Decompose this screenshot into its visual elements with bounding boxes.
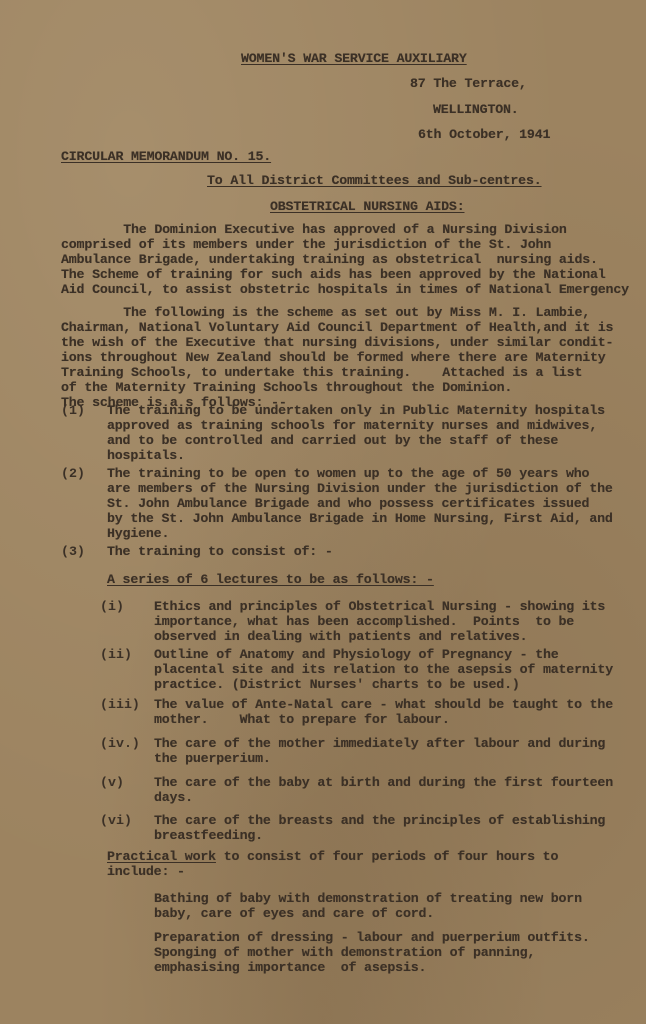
text-line: The training to be undertaken only in Pu… bbox=[107, 404, 605, 417]
text-line: include: - bbox=[107, 865, 185, 878]
text-line: The care of the baby at birth and during… bbox=[154, 776, 613, 789]
text-line: The care of the breasts and the principl… bbox=[154, 814, 605, 827]
text-line: Aid Council, to assist obstetric hospita… bbox=[61, 283, 629, 296]
text-line: Bathing of baby with demonstration of tr… bbox=[154, 892, 582, 905]
lecture-label: (vi) bbox=[100, 814, 132, 827]
text-line: The Scheme of training for such aids has… bbox=[61, 268, 606, 281]
text-line: Outline of Anatomy and Physiology of Pre… bbox=[154, 648, 559, 661]
text-line: ions throughout New Zealand should be fo… bbox=[61, 351, 606, 364]
text-line: Chairman, National Voluntary Aid Council… bbox=[61, 321, 613, 334]
text-line: days. bbox=[154, 791, 193, 804]
organization-title: WOMEN'S WAR SERVICE AUXILIARY bbox=[241, 52, 467, 65]
text-line: placental site and its relation to the a… bbox=[154, 663, 613, 676]
memorandum-page: WOMEN'S WAR SERVICE AUXILIARY 87 The Ter… bbox=[0, 0, 646, 1024]
text-line: The care of the mother immediately after… bbox=[154, 737, 605, 750]
text-line: The value of Ante-Natal care - what shou… bbox=[154, 698, 613, 711]
memo-number: CIRCULAR MEMORANDUM NO. 15. bbox=[61, 150, 271, 163]
text-line: by the St. John Ambulance Brigade in Hom… bbox=[107, 512, 613, 525]
text-line: hospitals. bbox=[107, 449, 185, 462]
text-line: observed in dealing with patients and re… bbox=[154, 630, 527, 643]
address-street: 87 The Terrace, bbox=[410, 77, 527, 90]
memo-subject: OBSTETRICAL NURSING AIDS: bbox=[270, 200, 465, 213]
practical-intro-line: Practical work to consist of four period… bbox=[107, 850, 558, 863]
item-label: (3) bbox=[61, 545, 85, 558]
memo-date: 6th October, 1941 bbox=[418, 128, 550, 141]
text-line: Preparation of dressing - labour and pue… bbox=[154, 931, 590, 944]
text-line: the wish of the Executive that nursing d… bbox=[61, 336, 613, 349]
address-city: WELLINGTON. bbox=[433, 103, 519, 116]
practical-intro-text: to consist of four periods of four hours… bbox=[216, 849, 558, 864]
addressee: To All District Committees and Sub-centr… bbox=[207, 174, 542, 187]
text-line: and to be controlled and carried out by … bbox=[107, 434, 558, 447]
text-line: St. John Ambulance Brigade and who posse… bbox=[107, 497, 589, 510]
text-line: The training to consist of: - bbox=[107, 545, 333, 558]
text-line: Hygiene. bbox=[107, 527, 169, 540]
text-line: baby, care of eyes and care of cord. bbox=[154, 907, 434, 920]
text-line: The training to be open to women up to t… bbox=[107, 467, 589, 480]
text-line: breastfeeding. bbox=[154, 829, 263, 842]
text-line: approved as training schools for materni… bbox=[107, 419, 597, 432]
text-line: comprised of its members under the juris… bbox=[61, 238, 551, 251]
text-line: the puerperium. bbox=[154, 752, 271, 765]
item-label: (2) bbox=[61, 467, 85, 480]
item-label: (1) bbox=[61, 404, 85, 417]
text-line: The following is the scheme as set out b… bbox=[61, 306, 590, 319]
text-line: emphasising importance of asepsis. bbox=[154, 961, 426, 974]
lecture-label: (i) bbox=[100, 600, 124, 613]
practical-heading: Practical work bbox=[107, 849, 216, 864]
text-line: The Dominion Executive has approved of a… bbox=[61, 223, 567, 236]
lecture-label: (iii) bbox=[100, 698, 140, 711]
text-line: Ambulance Brigade, undertaking training … bbox=[61, 253, 598, 266]
text-line: are members of the Nursing Division unde… bbox=[107, 482, 613, 495]
lecture-label: (iv.) bbox=[100, 737, 140, 750]
lecture-label: (v) bbox=[100, 776, 124, 789]
lectures-heading: A series of 6 lectures to be as follows:… bbox=[107, 573, 434, 586]
text-line: mother. What to prepare for labour. bbox=[154, 713, 450, 726]
text-line: practice. (District Nurses' charts to be… bbox=[154, 678, 520, 691]
text-line: importance, what has been accomplished. … bbox=[154, 615, 574, 628]
text-line: Training Schools, to undertake this trai… bbox=[61, 366, 582, 379]
lecture-label: (ii) bbox=[100, 648, 132, 661]
text-line: of the Maternity Training Schools throug… bbox=[61, 381, 512, 394]
text-line: Sponging of mother with demonstration of… bbox=[154, 946, 535, 959]
text-line: Ethics and principles of Obstetrical Nur… bbox=[154, 600, 605, 613]
